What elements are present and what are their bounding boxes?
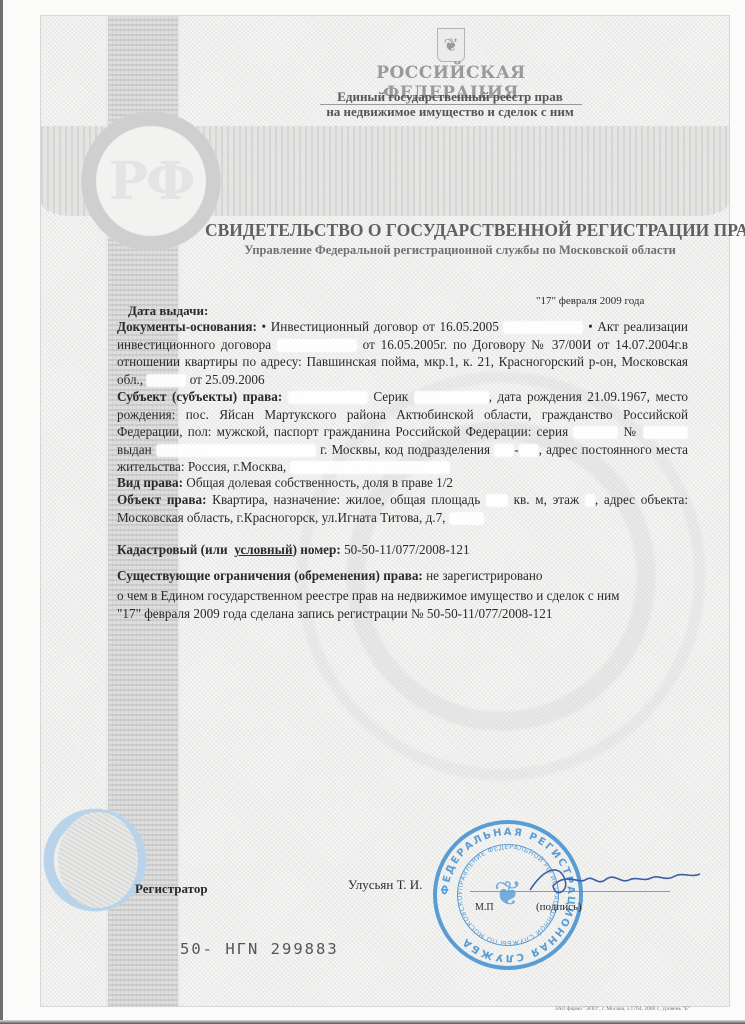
passport-issuer: г. Москвы, код подразделения [320,442,490,457]
issue-date-label: Дата выдачи: [128,303,208,319]
redacted-field [449,512,484,525]
registry-name: Единый государственный реестр прав на не… [300,89,600,119]
registration-record: о чем в Едином государственном реестре п… [117,587,637,622]
certificate-title: СВИДЕТЕЛЬСТВО О ГОСУДАРСТВЕННОЙ РЕГИСТРА… [205,220,715,241]
handwritten-signature [525,862,705,902]
printer-imprint: ЗАО фирма "ЭПО", г. Москва, з.1764, 2008… [555,1006,690,1012]
restrictions-section: Существующие ограничения (обременения) п… [117,567,688,585]
registry-line-2: на недвижимое имущество и сделок с ним [300,104,600,119]
rf-watermark-medallion: РФ [81,111,221,251]
documents-item-2-date: от 25.09.2006 [190,372,265,387]
redacted-field [643,426,688,439]
documents-section: Документы-основания: • Инвестиционный до… [117,318,688,388]
cadastral-section: Кадастровый (или условный) номер: 50-50-… [117,541,688,559]
right-type-section: Вид права: Общая долевая собственность, … [117,474,688,492]
redacted-field [503,321,583,334]
redacted-field [494,444,514,457]
redacted-field [414,391,489,404]
redacted-field [290,461,450,474]
redacted-field [585,494,595,507]
right-type-value: Общая долевая собственность, доля в прав… [186,475,453,490]
rf-watermark: РФ [109,151,193,212]
scan-edge-bottom [0,1020,745,1024]
registrar-name: Улусьян Т. И. [348,877,422,893]
object-label: Объект права: [117,492,206,507]
cadastral-label: Кадастровый (или условный) номер: [117,542,341,557]
subject-section: Субъект (субъекты) права: Серик , дата р… [117,388,688,476]
documents-item-1: • Инвестиционный договор от 16.05.2005 [262,319,499,334]
redacted-field [156,444,316,457]
seal-place-label: М.П [475,902,494,913]
redacted-field [573,426,618,439]
redacted-field [146,374,186,387]
passport-issued-label: выдан [117,442,152,457]
subject-label: Субъект (субъекты) права: [117,389,282,404]
issue-date: "17" февраля 2009 года [536,295,644,307]
redacted-field [486,494,508,507]
documents-label: Документы-основания: [117,319,257,334]
security-medallion-pattern [58,812,138,908]
issuing-authority: Управление Федеральной регистрационной с… [220,243,700,258]
coat-of-arms-icon: ❦ [437,28,465,62]
department-code-dash: - [514,442,518,457]
form-serial-number: 50- НГN 299883 [180,940,339,958]
registry-line-1: Единый государственный реестр прав [300,89,600,104]
cadastral-number: 50-50-11/077/2008-121 [344,542,470,557]
restrictions-label: Существующие ограничения (обременения) п… [117,568,423,583]
object-floor: кв. м, этаж [514,492,580,507]
object-description: Квартира, назначение: жилое, общая площа… [212,492,480,507]
redacted-field [277,339,357,352]
redacted-field [288,391,368,404]
subject-name: Серик [373,389,408,404]
double-headed-eagle-icon: ❦ [488,873,528,917]
signature-caption: (подпись) [536,901,582,913]
restrictions-value: не зарегистрировано [426,568,542,583]
registrar-label: Регистратор [135,881,208,897]
passport-number-label: № [623,424,637,439]
scan-edge [0,0,3,1024]
redacted-field [519,444,539,457]
right-type-label: Вид права: [117,475,183,490]
object-section: Объект права: Квартира, назначение: жило… [117,491,688,526]
